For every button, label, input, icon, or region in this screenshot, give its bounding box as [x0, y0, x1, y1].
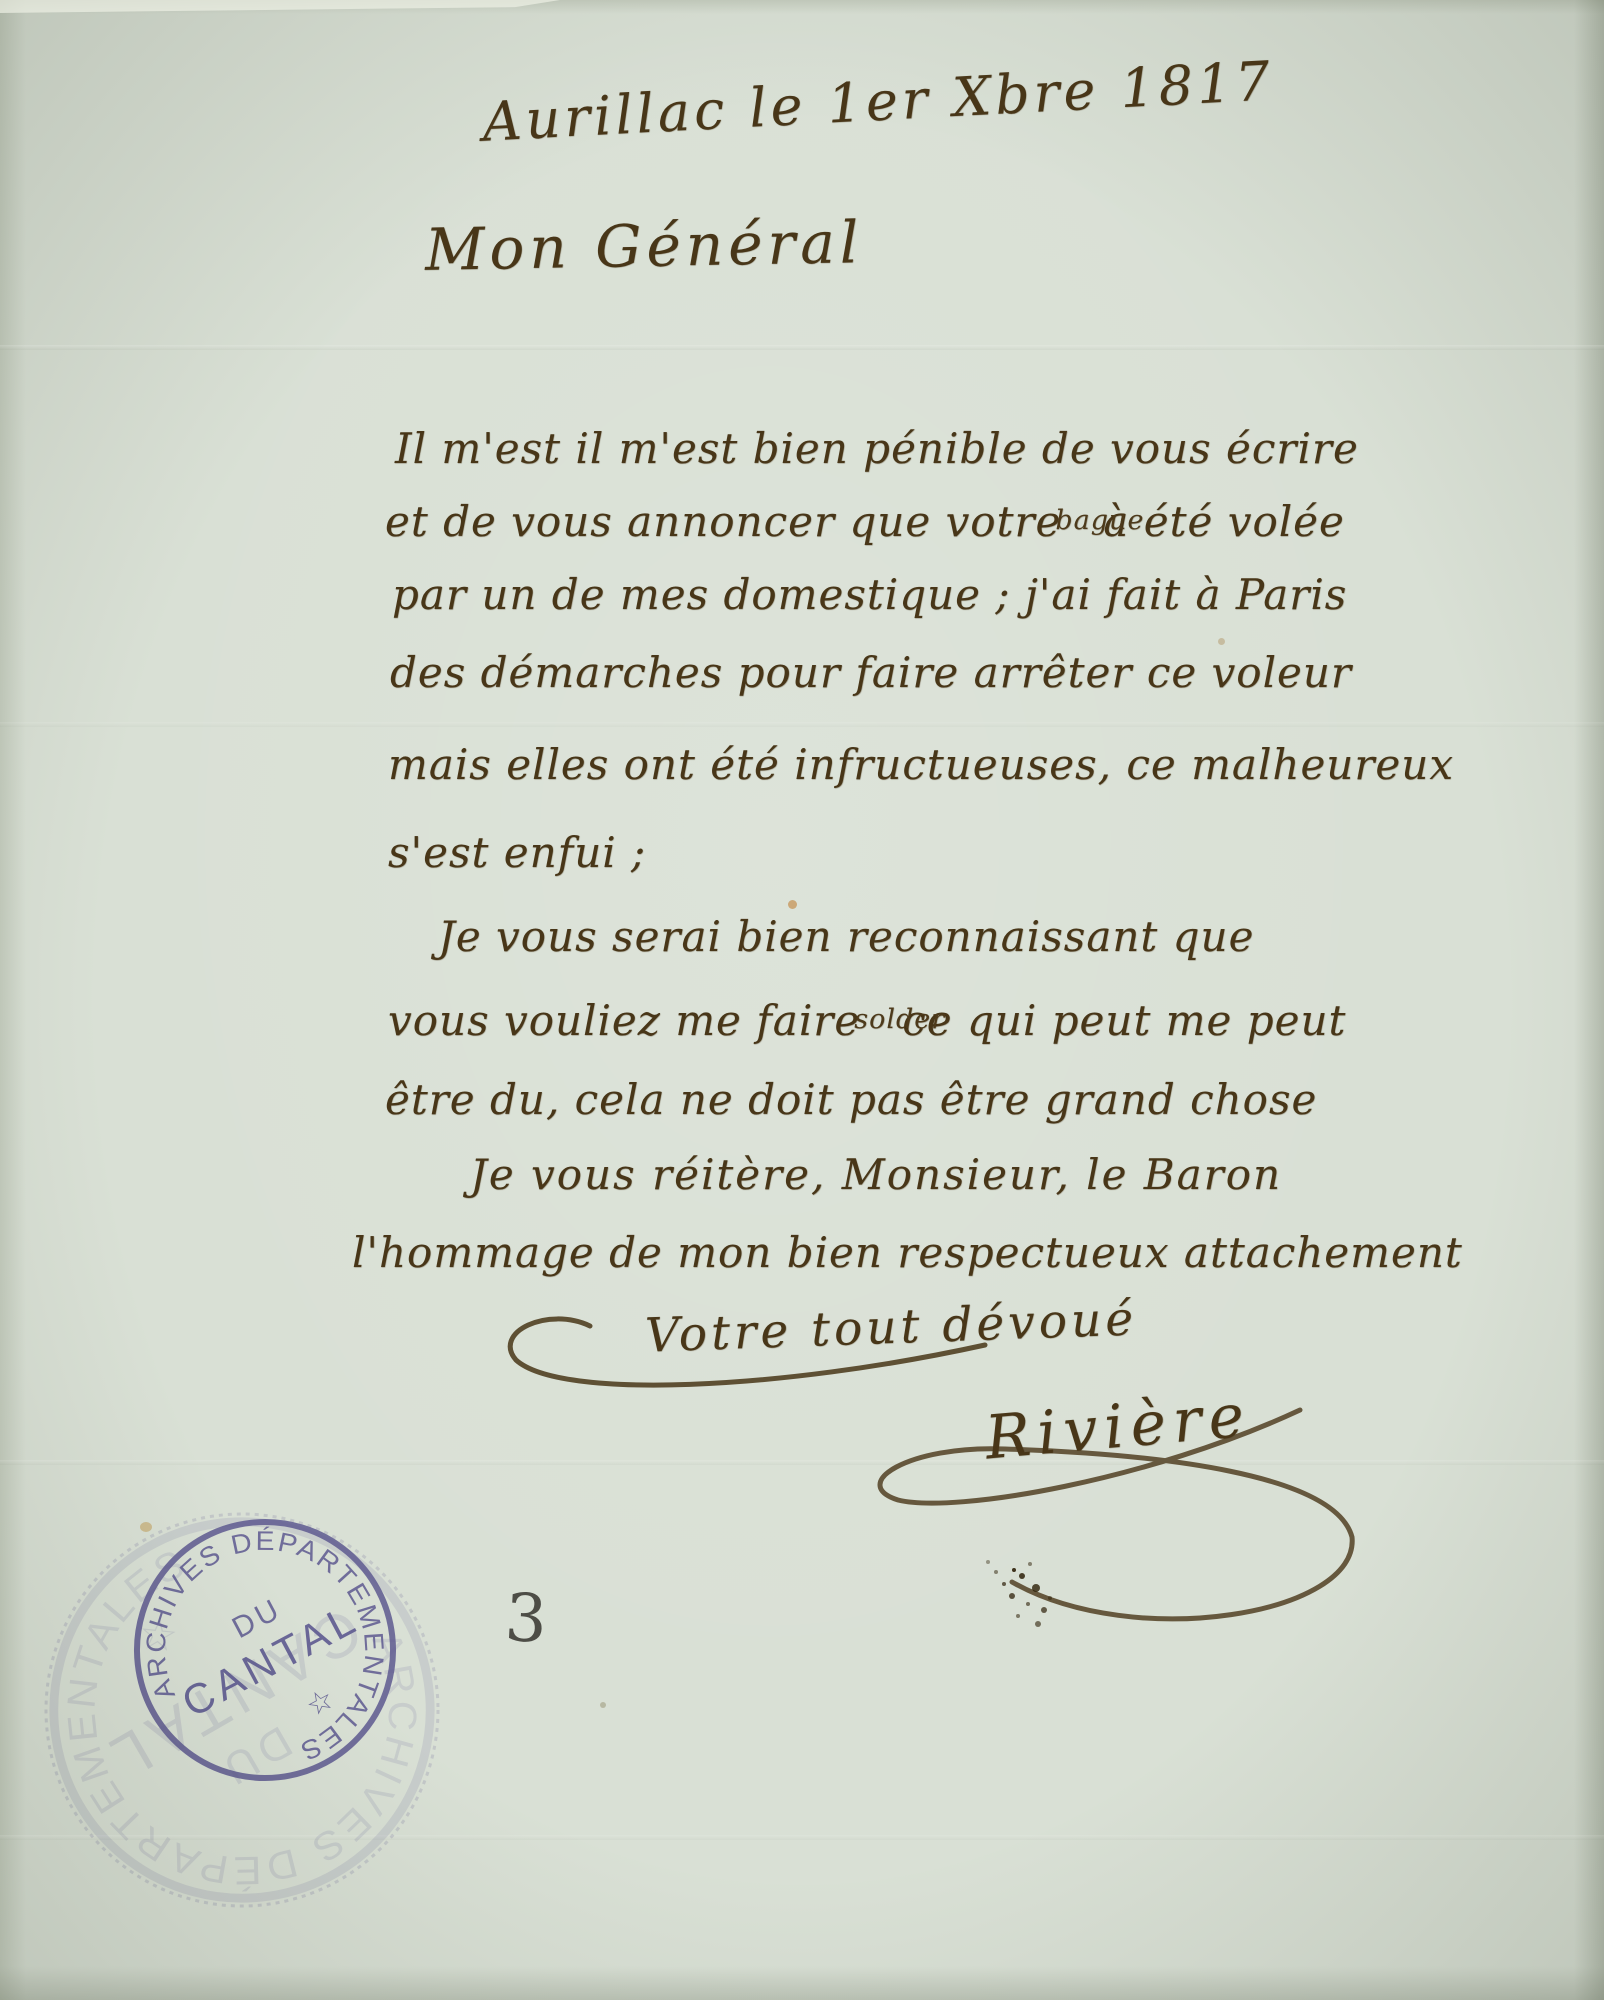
archive-stamp: ARCHIVES DÉPARTEMENTALES DU CANTAL ☆: [30, 1455, 520, 1955]
body-line: et de vous annoncer que votrebagueà été …: [385, 497, 1345, 546]
body-line-segment: ce qui peut me peut: [902, 996, 1346, 1045]
interlinear-insertion: solder: [854, 1004, 945, 1035]
body-line: mais elles ont été infructueuses, ce mal…: [388, 740, 1454, 789]
paper-edge-highlight: [0, 0, 560, 13]
salutation: Mon Général: [424, 208, 863, 284]
body-line: s'est enfui ;: [388, 828, 646, 877]
paper-crease: [0, 345, 1604, 350]
body-line: Je vous serai bien reconnaissant que: [438, 912, 1254, 961]
body-line: des démarches pour faire arrêter ce vole…: [390, 648, 1352, 697]
body-line: par un de mes domestique ; j'ai fait à P…: [392, 570, 1347, 619]
body-line: vous vouliez me fairesolderce qui peut m…: [388, 996, 1346, 1045]
interlinear-insertion: bague: [1055, 505, 1144, 536]
closing-line: Je vous réitère, Monsieur, le Baron: [470, 1150, 1282, 1199]
body-line: être du, cela ne doit pas être grand cho…: [385, 1075, 1317, 1124]
letter-page: Aurillac le 1er Xbre 1817 Mon Général Il…: [0, 0, 1604, 2000]
body-line: Il m'est il m'est bien pénible de vous é…: [395, 424, 1359, 473]
paper-crease: [0, 722, 1604, 727]
ink-splatter: [1012, 1568, 1016, 1572]
dateline: Aurillac le 1er Xbre 1817: [481, 49, 1275, 153]
age-spot: [788, 900, 797, 909]
body-line-segment: et de vous annoncer que votre: [385, 497, 1061, 546]
closing-line: l'hommage de mon bien respectueux attach…: [352, 1228, 1463, 1277]
signature: Rivière: [982, 1381, 1253, 1474]
body-line-segment: vous vouliez me faire: [388, 996, 860, 1045]
age-spot: [1218, 638, 1225, 645]
valediction: Votre tout dévoué: [644, 1291, 1138, 1363]
age-spot: [600, 1702, 606, 1708]
